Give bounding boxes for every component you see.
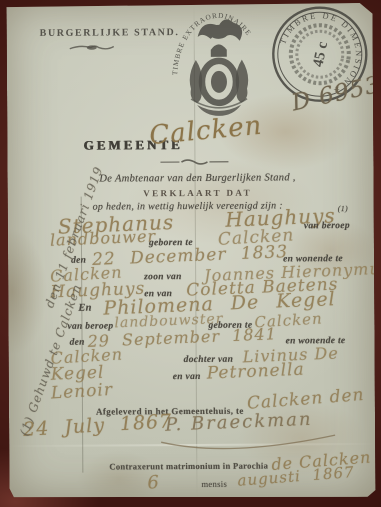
bride-mother-given: Petronella xyxy=(206,360,305,384)
gemeente-value: Calcken xyxy=(148,111,263,151)
groom-zoon-label: zoon van xyxy=(144,272,182,282)
bride-envan-label: en van xyxy=(173,372,201,382)
parish-mensis-label: mensis xyxy=(201,479,227,489)
parish-label: Contraxerunt matrimonium in Parochia xyxy=(109,461,268,472)
header-ornament xyxy=(69,42,115,52)
groom-beroep-label: van beroep xyxy=(304,221,350,231)
page-title: BURGERLIJKE STAND. xyxy=(40,27,180,39)
bride-mother-surname: Lenoir xyxy=(50,380,113,404)
crown-icon xyxy=(211,44,227,57)
bride-en-label: En xyxy=(78,303,92,314)
footnote-mark: (1) xyxy=(338,204,348,213)
document-paper: BURGERLIJKE STAND. TIMBRE EXTRAORDINAIRE xyxy=(6,3,375,499)
section-divider xyxy=(159,157,229,167)
shield-icon xyxy=(202,61,236,103)
coat-of-arms-stamp: TIMBRE EXTRAORDINAIRE xyxy=(166,2,271,123)
issuance-date: 24 July 1867 xyxy=(23,410,173,441)
dimension-stamp-value: 45 c xyxy=(310,40,331,68)
parish-day: 6 xyxy=(147,472,161,494)
